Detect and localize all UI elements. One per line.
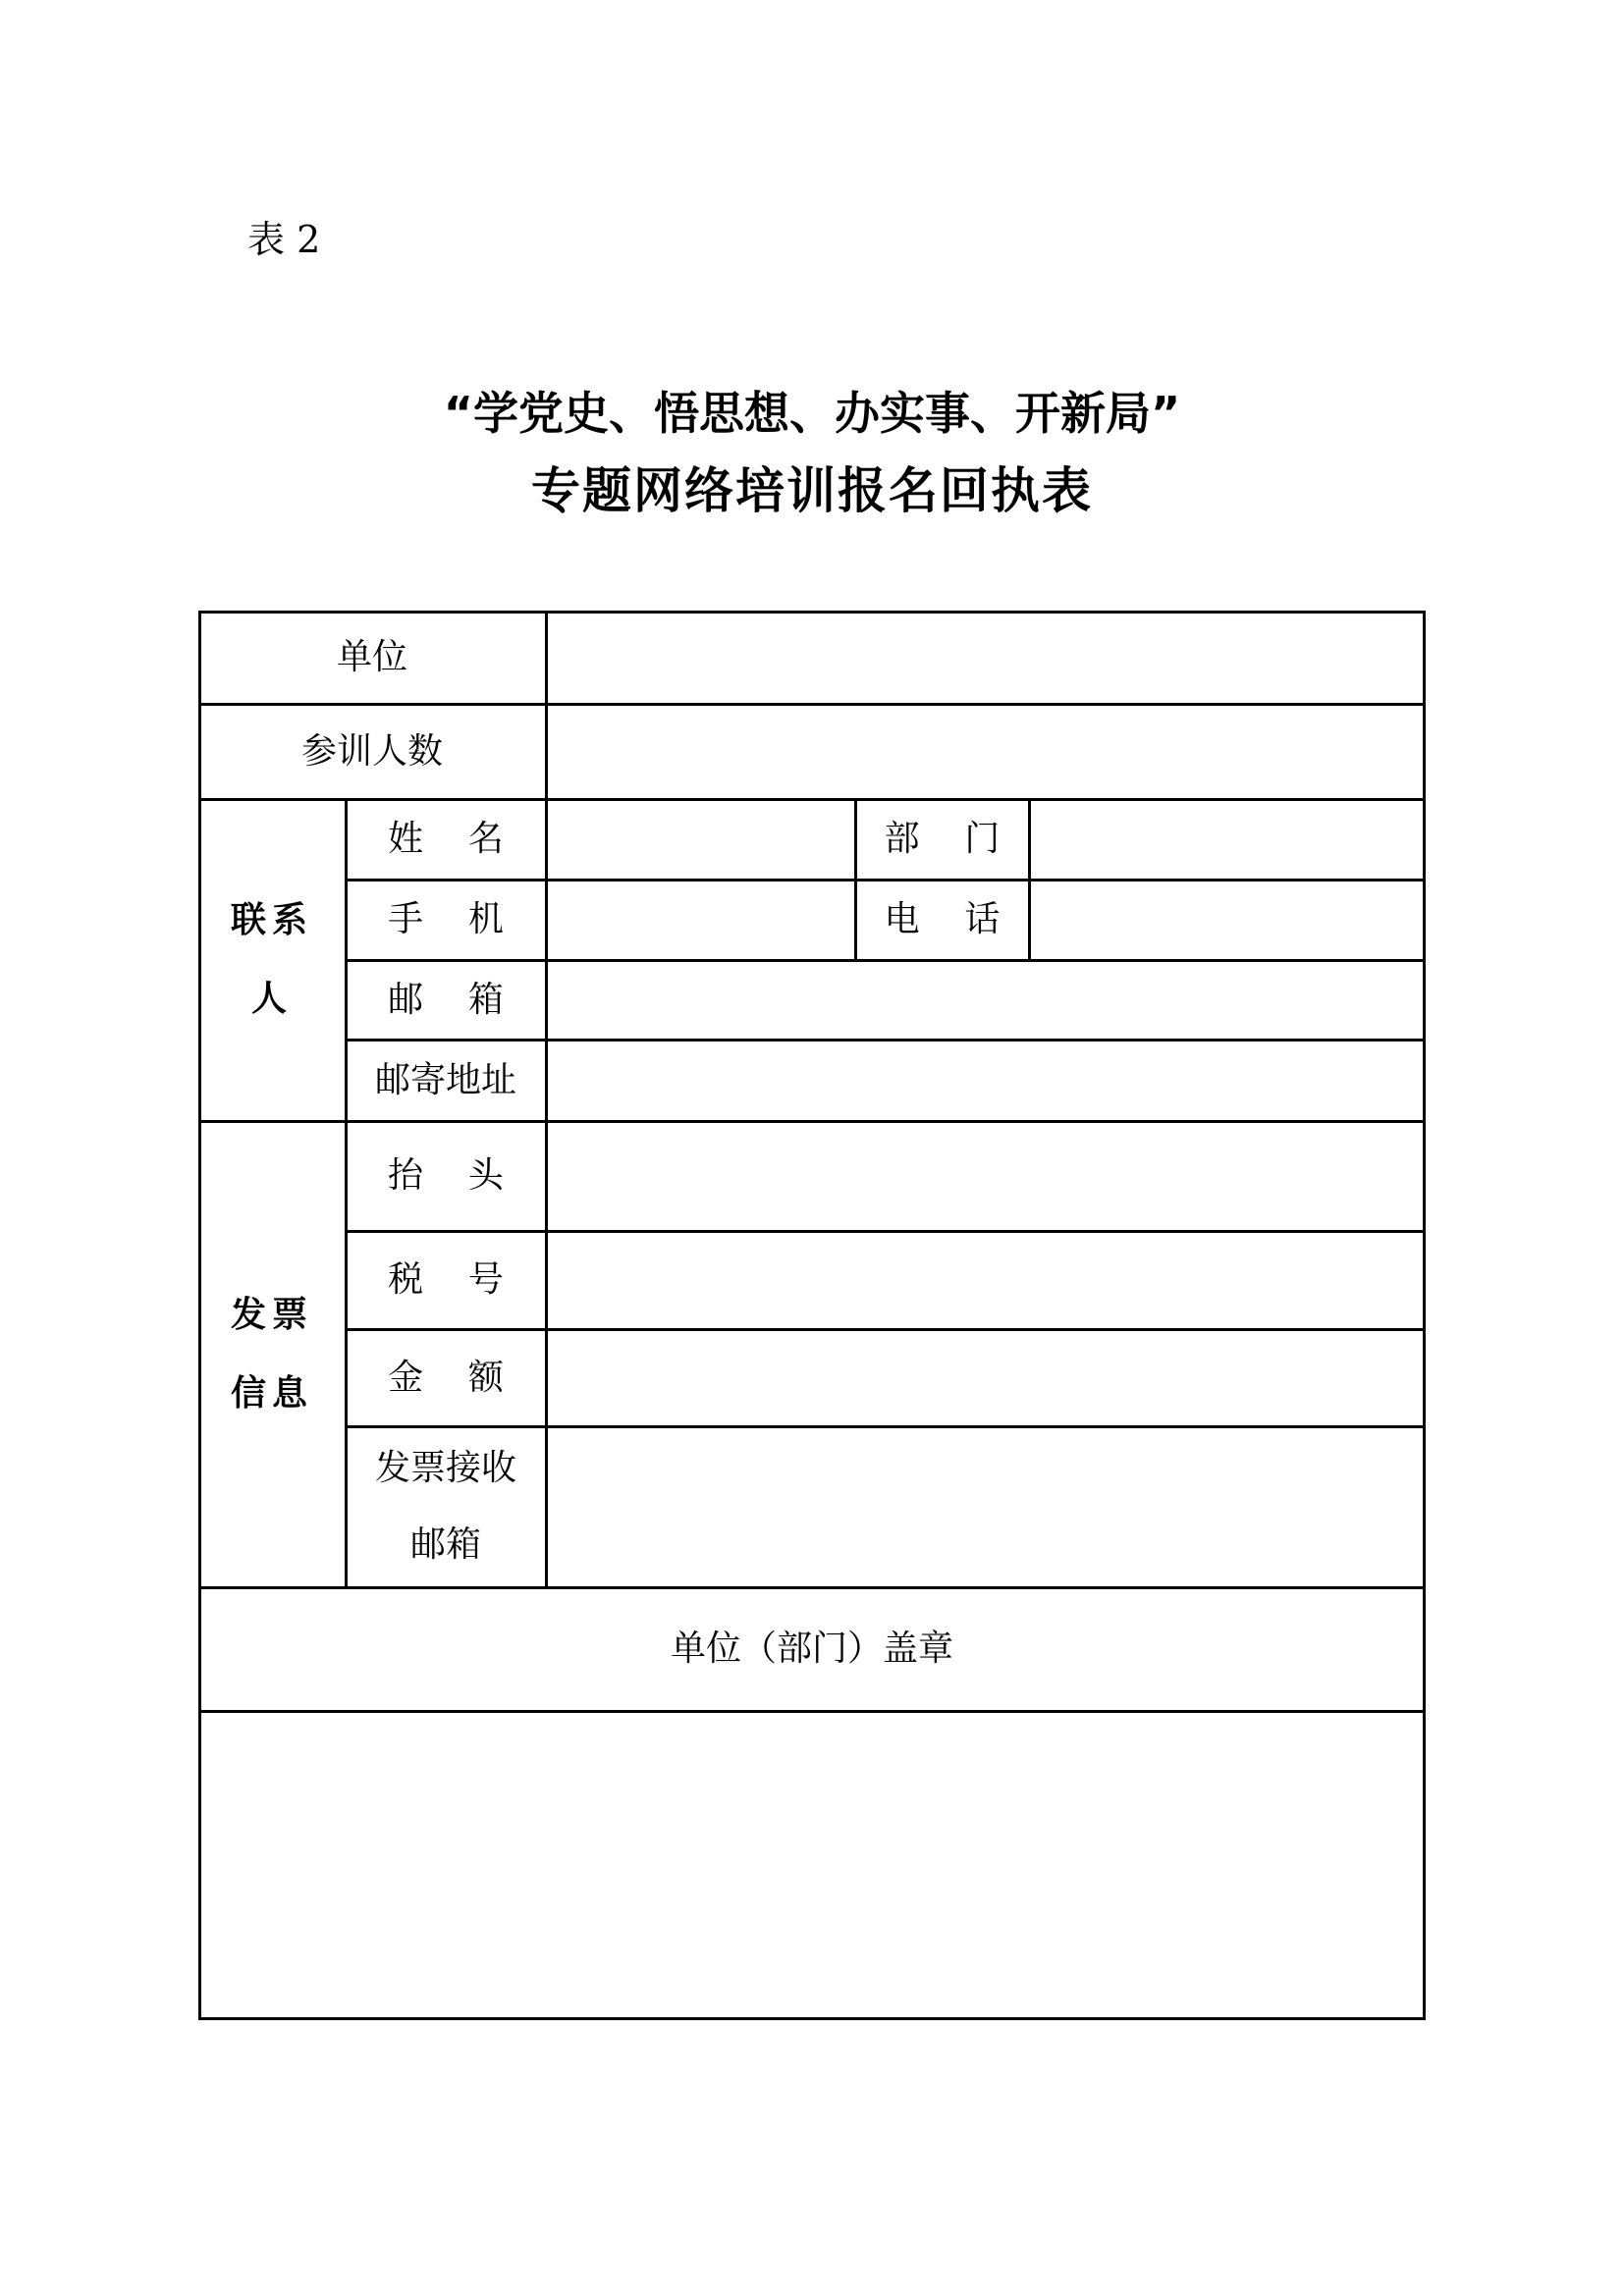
page-subtitle: 专题网络培训报名回执表: [0, 461, 1624, 520]
row-divider: [346, 1425, 1426, 1428]
page-title: “学党史、悟思想、办实事、开新局”: [0, 385, 1624, 442]
row-divider: [346, 1230, 1426, 1233]
row-divider: [198, 798, 1426, 801]
row-divider: [198, 1710, 1426, 1713]
row-divider: [346, 879, 1426, 881]
row-divider: [198, 1120, 1426, 1123]
row-divider: [346, 959, 1426, 962]
column-divider: [854, 799, 857, 960]
row-divider: [198, 1586, 1426, 1589]
column-divider: [545, 611, 548, 1587]
row-divider: [346, 1039, 1426, 1041]
table-outer-border: [198, 611, 1426, 2020]
column-divider: [1028, 799, 1031, 960]
row-divider: [198, 703, 1426, 706]
registration-form-table: 单位 参训人数 联系 人 姓 名 部 门 手 机 电 话 邮: [198, 611, 1426, 2020]
table-number-label: 表 2: [247, 214, 320, 265]
column-divider: [345, 799, 348, 1587]
row-divider: [346, 1328, 1426, 1331]
